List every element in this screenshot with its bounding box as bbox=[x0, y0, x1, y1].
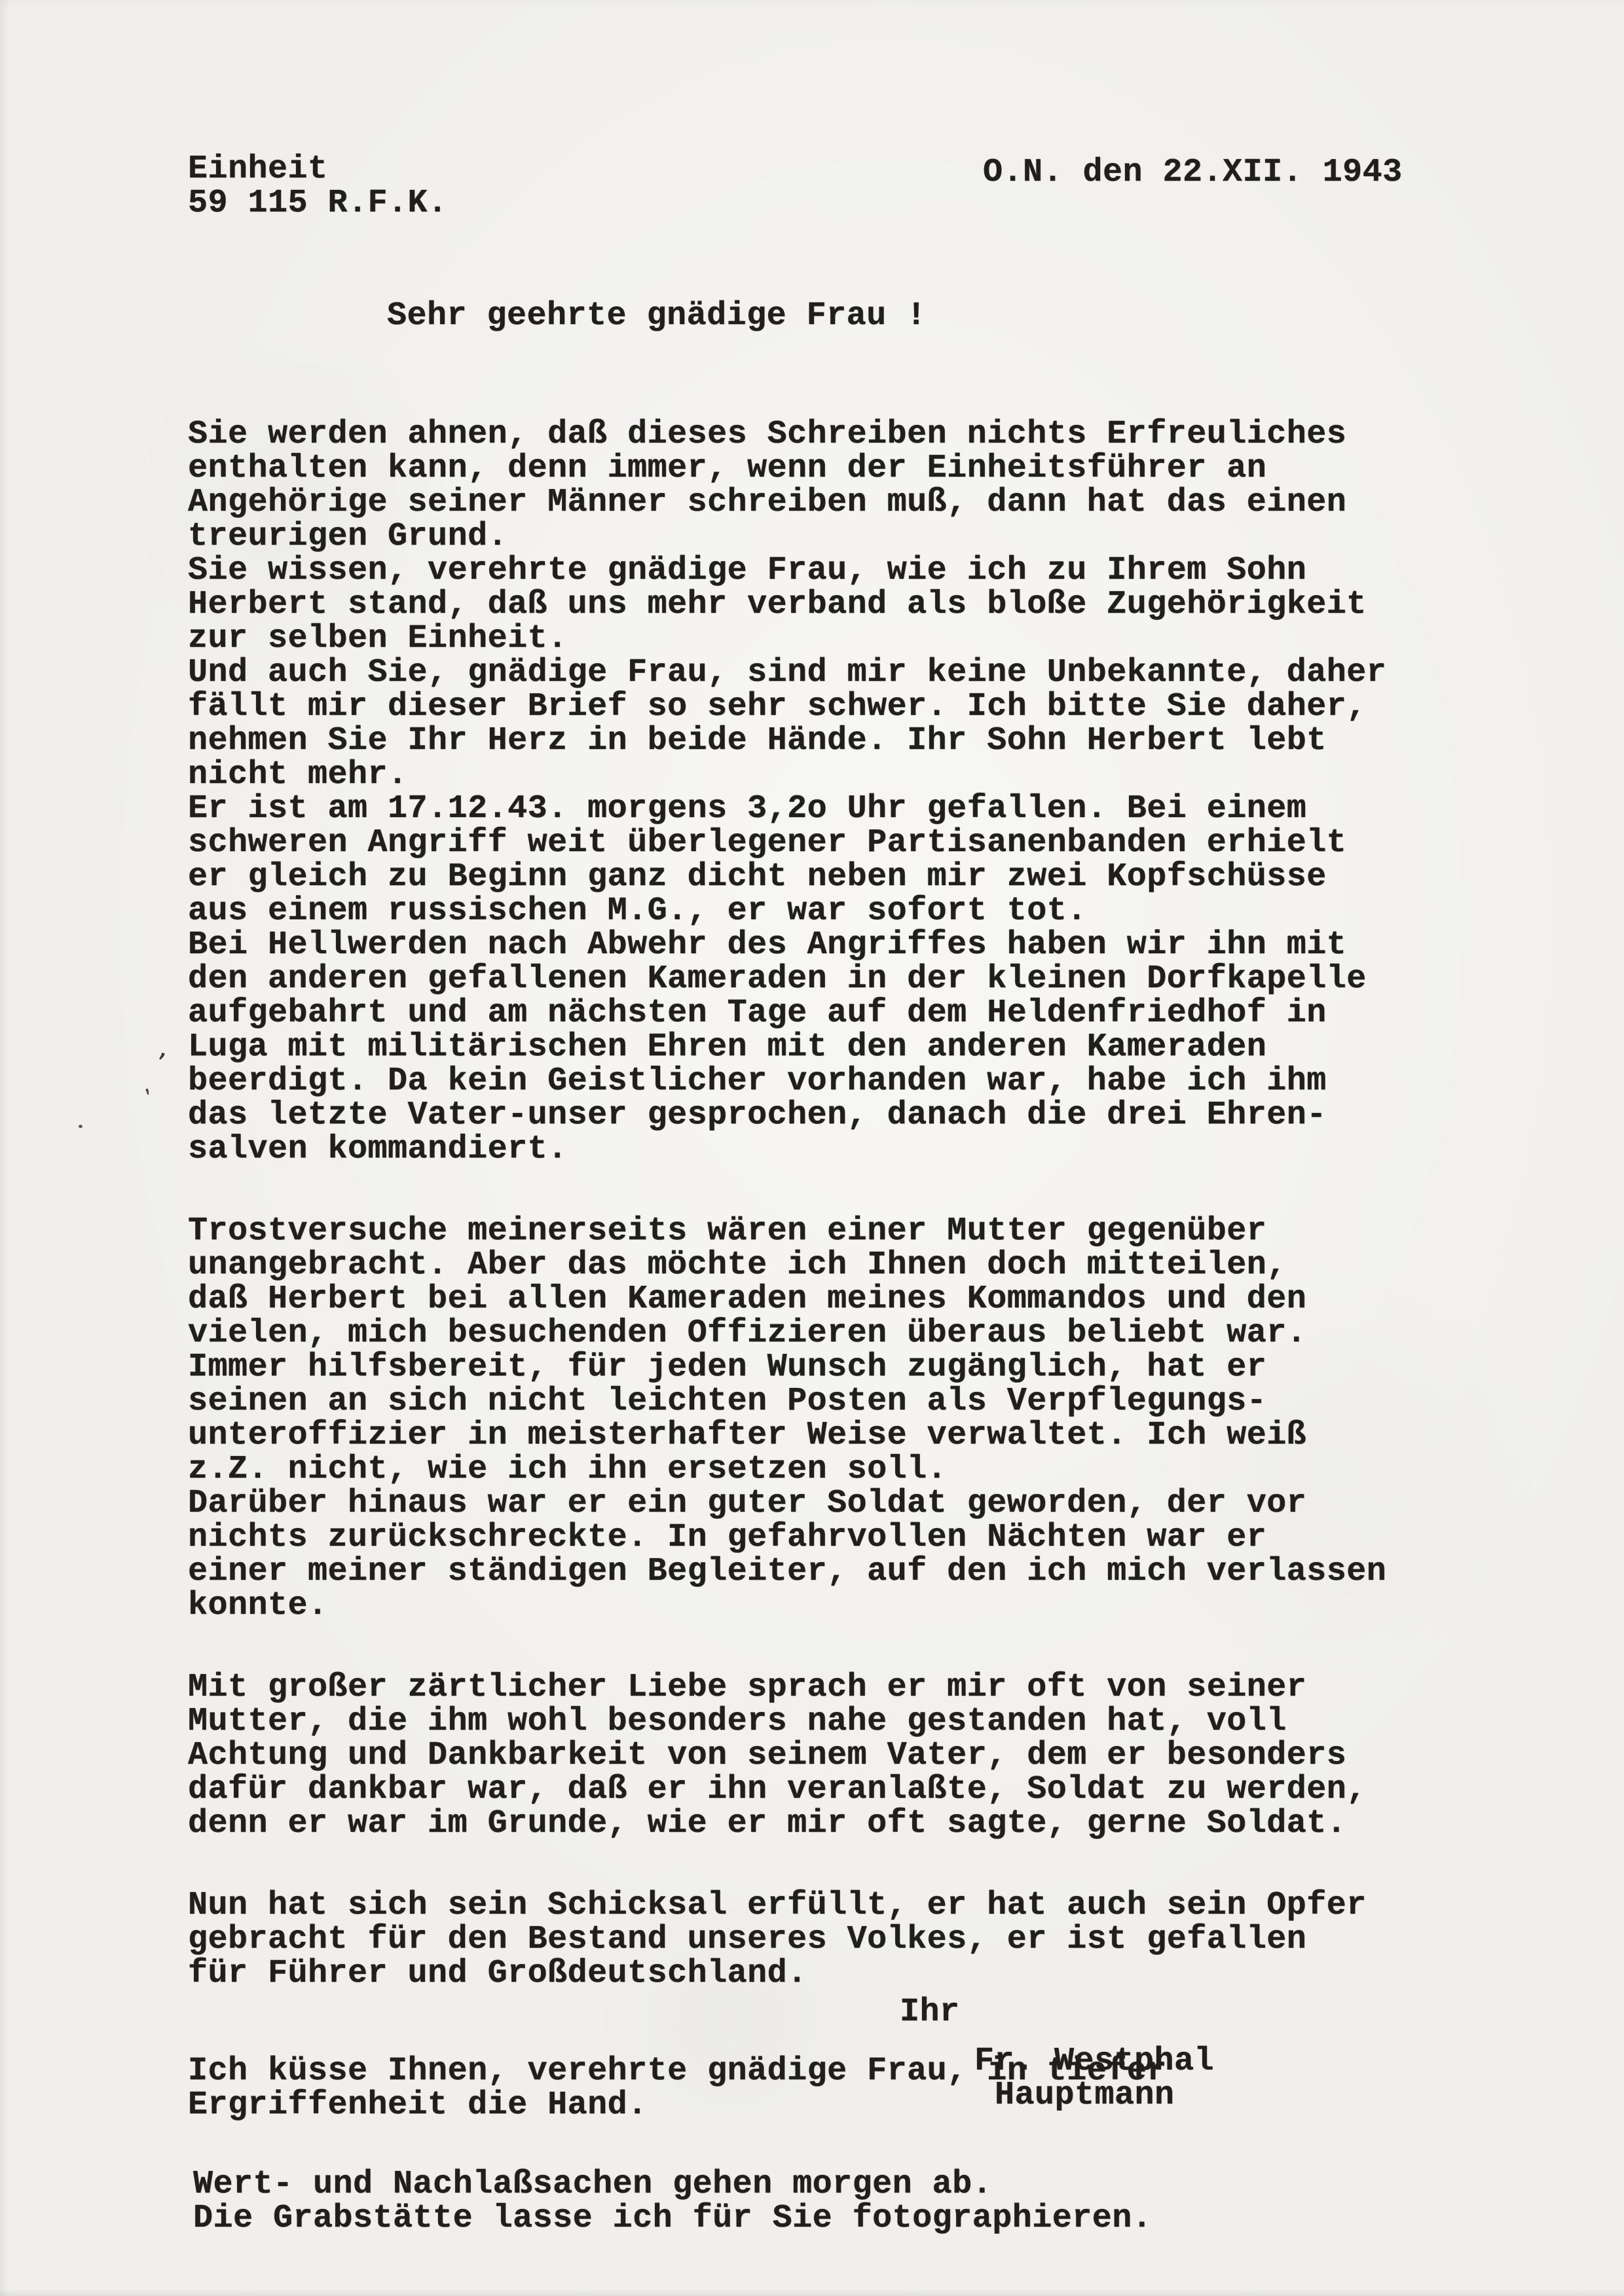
margin-mark: , bbox=[141, 1084, 147, 1087]
body-paragraph-2: Trostversuche meinerseits wären einer Mu… bbox=[188, 1214, 1386, 1623]
letter-dateline: O.N. den 22.XII. 1943 bbox=[983, 156, 1403, 190]
body-paragraph-3: Mit großer zärtlicher Liebe sprach er mi… bbox=[188, 1671, 1386, 1841]
signature-rank: Hauptmann bbox=[995, 2079, 1175, 2113]
salutation: Sehr geehrte gnädige Frau ! bbox=[387, 299, 927, 333]
postscript: Wert- und Nachlaßsachen gehen morgen ab.… bbox=[193, 2168, 1152, 2236]
body-paragraph-1: Sie werden ahnen, daß dieses Schreiben n… bbox=[188, 418, 1386, 1167]
margin-speck bbox=[79, 1125, 83, 1128]
margin-mark: , bbox=[160, 1046, 169, 1048]
letter-page: Einheit 59 115 R.F.K. O.N. den 22.XII. 1… bbox=[0, 0, 1624, 2296]
letter-body: Sie werden ahnen, daß dieses Schreiben n… bbox=[188, 384, 1386, 2157]
closing-valediction: Ihr bbox=[900, 1995, 960, 2030]
signature-name: Fr. Westphal bbox=[974, 2045, 1214, 2079]
body-paragraph-4: Nun hat sich sein Schicksal erfüllt, er … bbox=[188, 1889, 1386, 1991]
sender-unit-block: Einheit 59 115 R.F.K. bbox=[188, 153, 448, 221]
